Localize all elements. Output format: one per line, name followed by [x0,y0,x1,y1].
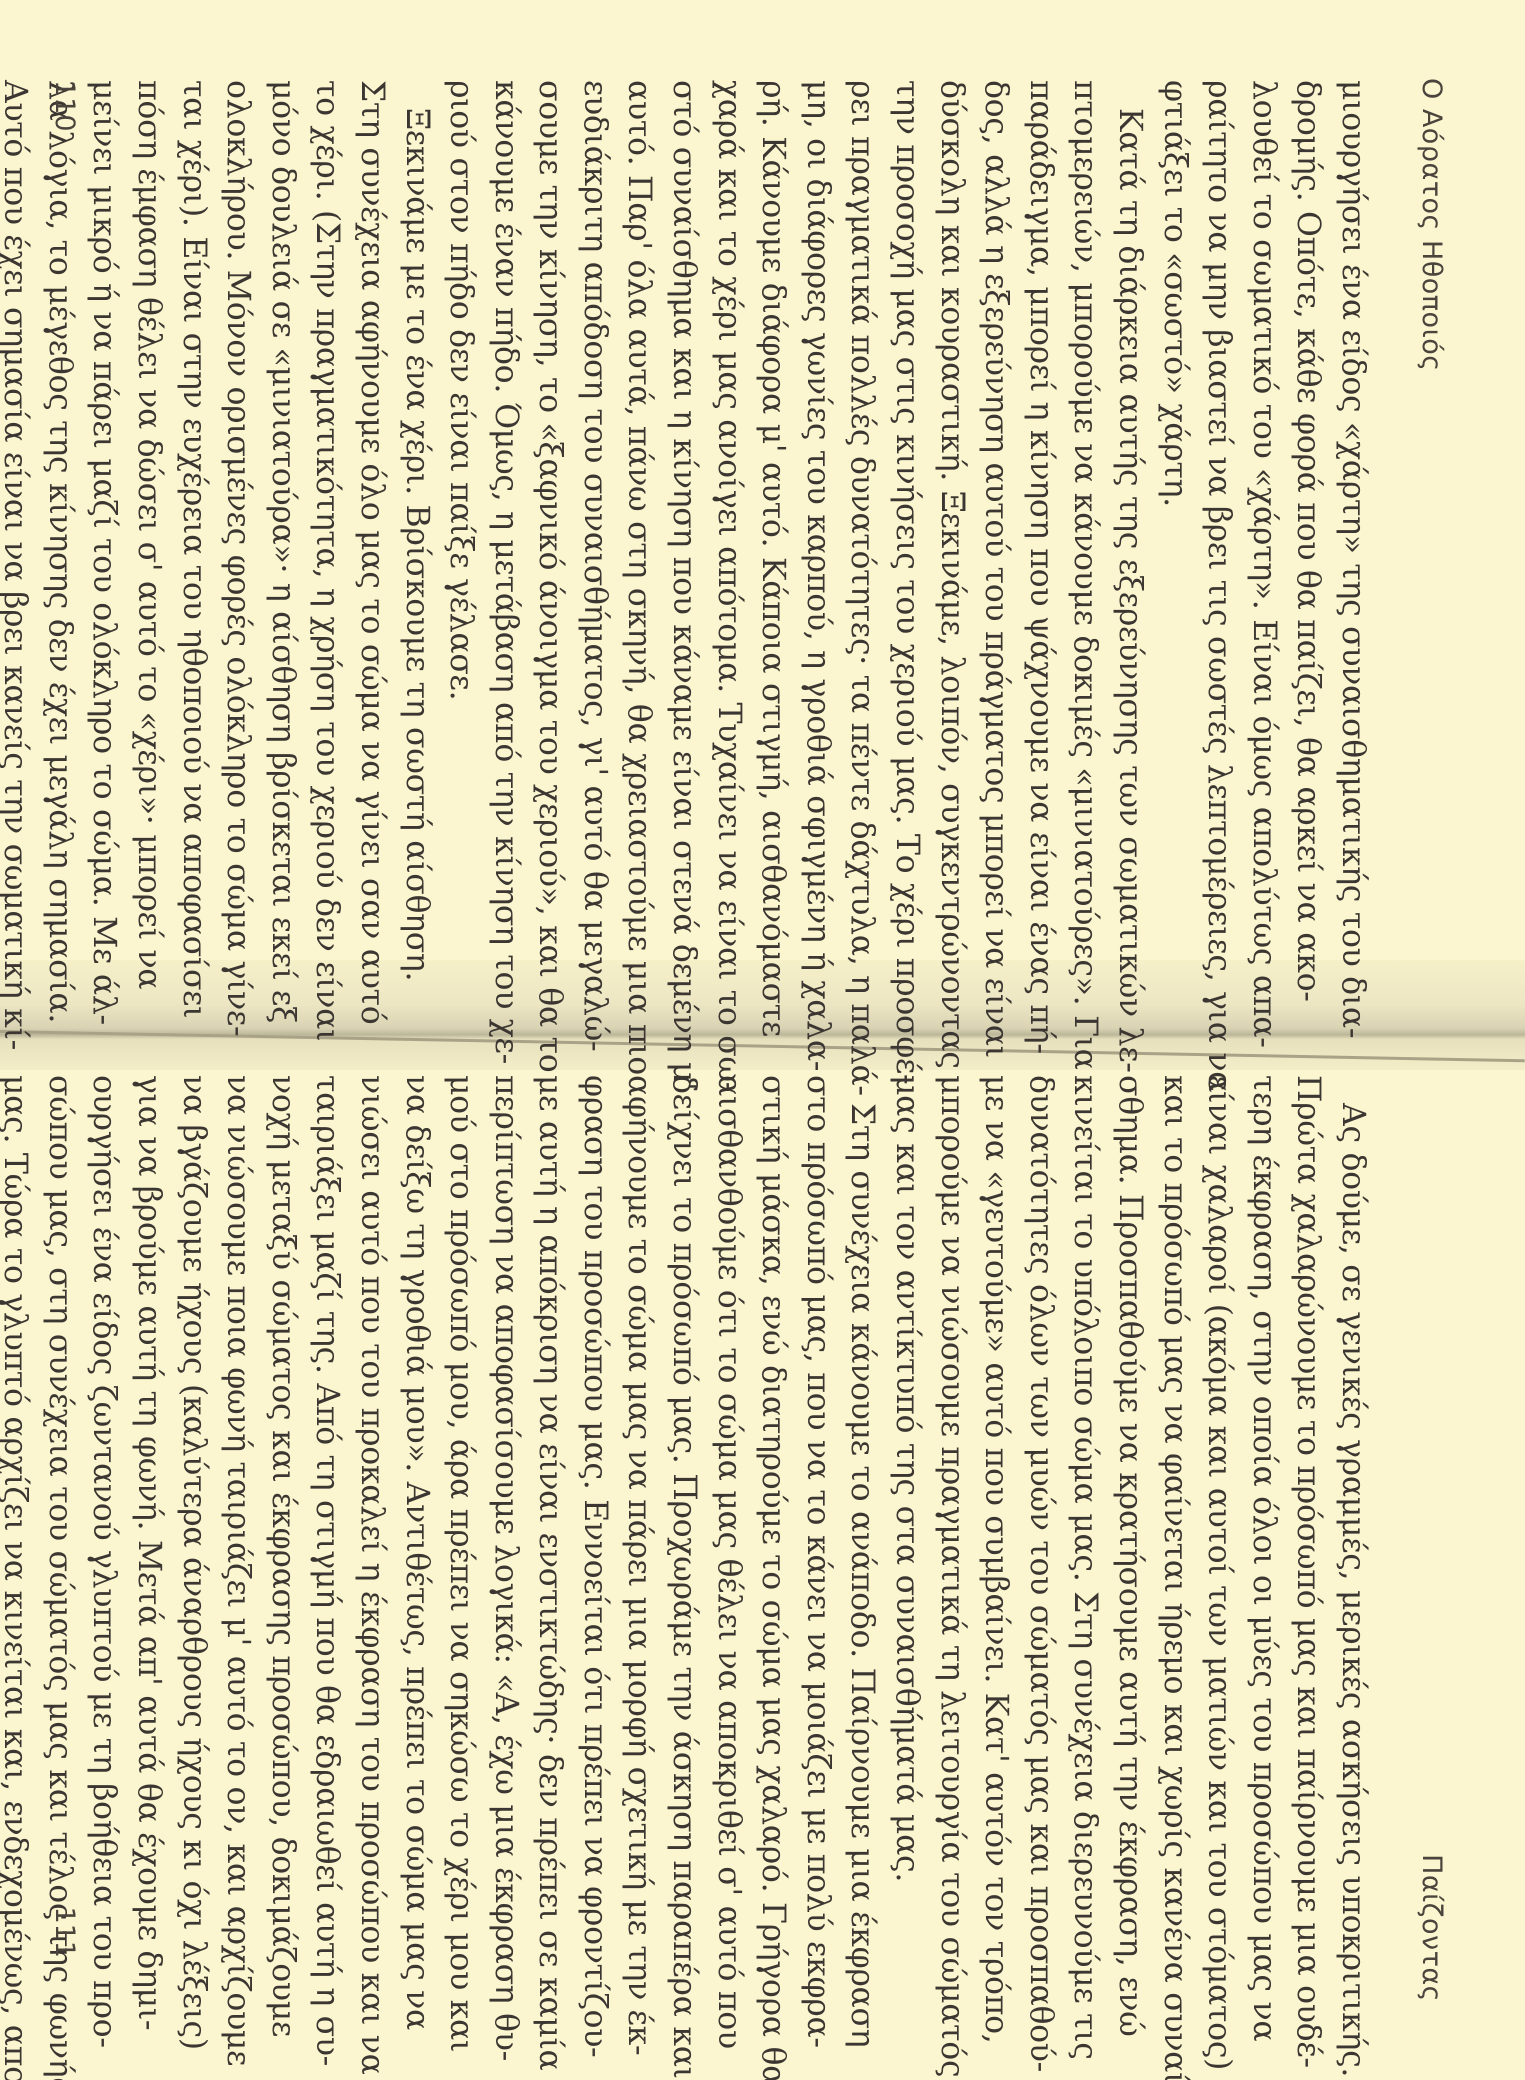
page-number-left: 110 [49,80,80,132]
text-line: ολοκλήρου. Μόνον ορισμένες φορές ολόκληρ… [216,80,261,960]
text-line: Πρώτα χαλαρώνουμε το πρόσωπό μας και παί… [1286,1075,1331,1980]
text-line: ραίτητο να μην βιαστεί να βρει τις σωστέ… [1197,80,1242,960]
running-head-right: Παίζοντας [1416,1854,1447,2002]
text-line: αισθανθούμε ότι το σώμα μας θέλει να απο… [706,1075,751,1980]
text-line: λα λόγια, το μέγεθος της κίνησης δεν έχε… [37,80,82,960]
text-line: νιώσει αυτό που του προκαλεί η έκφραση τ… [349,1075,394,1980]
text-line: για να βρούμε αυτή τη φωνή. Μετά απ' αυτ… [126,1075,171,1980]
text-line: χαρά και το χέρι μας ανοίγει απότομα. Τυ… [706,80,751,960]
right-page: Παίζοντας Ας δούμε, σε γενικές γραμμές, … [0,1005,1525,2080]
text-line: σουμε την κίνηση, το «ξαφνικό άνοιγμα το… [528,80,573,960]
text-line: Κατά τη διάρκεια αυτής της εξερεύνησης τ… [1107,80,1152,960]
text-line: να δείξω τη γροθιά μου». Αντιθέτως, πρέπ… [394,1075,439,1980]
text-line: Ας δούμε, σε γενικές γραμμές, μερικές ασ… [1330,1075,1375,1980]
left-page: Ο Αόρατος Ηθοποιός μιουργήσει ένα είδος … [0,0,1525,1005]
text-line: ουργήσει ένα είδος ζωντανού γλυπτού με τ… [82,1075,127,1980]
page-number-right: 111 [49,1906,80,1958]
text-line: δος, αλλά η εξερεύνηση αυτού του πράγματ… [974,80,1019,960]
text-line: παράδειγμα, μπορεί η κίνηση που ψάχνουμε… [1018,80,1063,960]
text-line: στική μάσκα, ενώ διατηρούμε το σώμα μας … [751,1075,796,1980]
text-line: μόνο δουλειά σε «μινιατούρα»· η αίσθηση … [260,80,305,960]
text-line: δρομής. Οπότε, κάθε φορά που θα παίζει, … [1286,80,1331,960]
text-line: ρει πραγματικά πολλές δυνατότητες· τα πέ… [840,80,885,960]
text-line: σώπου μας, στη συνέχεια του σώματός μας … [37,1075,82,1980]
text-line: μπορούμε να νιώσουμε πραγματικά τη λειτο… [929,1075,974,1980]
running-head-left: Ο Αόρατος Ηθοποιός [1416,78,1447,372]
text-line: μας. Τώρα το γλυπτό αρχίζει να κινείται … [0,1075,37,1980]
text-line: Στη συνέχεια κάνουμε το ανάποδο. Παίρνου… [840,1075,885,1980]
text-line: δυνατότητες όλων των μυών του σώματός μα… [1018,1075,1063,1980]
text-line: Αυτό που έχει σημασία είναι να βρει κανε… [0,80,37,960]
text-line: μείνει μικρό ή να πάρει μαζί του ολόκληρ… [82,80,127,960]
text-line: κάνουμε έναν πήδο. Όμως, η μετάβαση από … [483,80,528,960]
text-line: ευδιάκριτη απόδοση του συναισθήματος, γι… [572,80,617,960]
text-line: δύσκολη και κουραστική. Ξεκινάμε, λοιπόν… [929,80,974,960]
text-line: μιουργήσει ένα είδος «χάρτη» της συναισθ… [1330,80,1375,960]
text-line: να βγάζουμε ήχους (καλύτερα άναρθρους ήχ… [171,1075,216,1980]
text-line: μας και τον αντίκτυπό της στα συναισθήμα… [884,1075,929,1980]
text-line: το χέρι. (Στην πραγματικότητα, η χρήση τ… [305,80,350,960]
text-line: στό συναίσθημα και η κίνηση που κάναμε ε… [662,80,707,960]
text-line: μη, οι διάφορες γωνίες του καρπού, η γρο… [795,80,840,960]
text-line: σθημα. Προσπαθούμε να κρατήσουμε αυτή τη… [1107,1075,1152,1980]
text-line: με αυτή η απόκριση να είναι ενστικτώδης·… [528,1075,573,1980]
text-line: πόση έμφαση θέλει να δώσει σ' αυτό το «χ… [126,80,171,960]
text-line: ται χέρι). Είναι στην ευχέρεια του ηθοπο… [171,80,216,960]
text-line: περίπτωση να αποφασίσουμε λογικά: «Α, έχ… [483,1075,528,1980]
text-line: με να «γευτούμε» αυτό που συμβαίνει. Κατ… [974,1075,1019,1980]
text-line: πτομερειών, μπορούμε να κάνουμε δοκιμές … [1063,80,1108,960]
text-line: αφήνουμε το σώμα μας να πάρει μια μορφή … [617,1075,662,1980]
text-line: ταιριάξει μαζί της. Από τη στιγμή που θα… [305,1075,350,1980]
right-page-body: Ας δούμε, σε γενικές γραμμές, μερικές ασ… [0,1075,1375,1980]
text-line: αυτό. Παρ' όλα αυτά, πάνω στη σκηνή, θα … [617,80,662,960]
text-line: λουθεί το σωματικό του «χάρτη». Είναι όμ… [1241,80,1286,960]
text-line: δείχνει το πρόσωπό μας. Προχωράμε την άσ… [662,1075,707,1980]
text-line: και το πρόσωπό μας να φαίνεται ήρεμο και… [1152,1075,1197,1980]
text-line: ριού στον πήδο δεν είναι παίξε γέλασε. [439,80,484,960]
text-line: ρή. Κάνουμε διάφορα μ' αυτό. Κάποια στιγ… [751,80,796,960]
text-line: κινείται το υπόλοιπο σώμα μας. Στη συνέχ… [1063,1075,1108,1980]
text-line: Ξεκινάμε με το ένα χέρι. Βρίσκουμε τη σω… [394,80,439,960]
text-line: τερη έκφραση, στην οποία όλοι οι μύες το… [1241,1075,1286,1980]
text-line: νοχή μεταξύ σώματος και έκφρασης προσώπο… [260,1075,305,1980]
text-line: μού στο πρόσωπό μου, άρα πρέπει να σηκώσ… [439,1075,484,1980]
text-line: φραση του προσώπου μας. Εννοείται ότι πρ… [572,1075,617,1980]
text-line: στο πρόσωπό μας, που να το κάνει να μοιά… [795,1075,840,1980]
text-line: την προσοχή μας στις κινήσεις του χεριού… [884,80,929,960]
text-line: φτιάξει το «σωστό» χάρτη. [1152,80,1197,960]
text-line: είναι χαλαροί (ακόμα και αυτοί των ματιώ… [1197,1075,1242,1980]
text-line: να νιώσουμε ποια φωνή ταιριάζει μ' αυτό … [216,1075,261,1980]
left-page-body: μιουργήσει ένα είδος «χάρτη» της συναισθ… [0,80,1375,960]
text-line: Στη συνέχεια αφήνουμε όλο μας το σώμα να… [349,80,394,960]
